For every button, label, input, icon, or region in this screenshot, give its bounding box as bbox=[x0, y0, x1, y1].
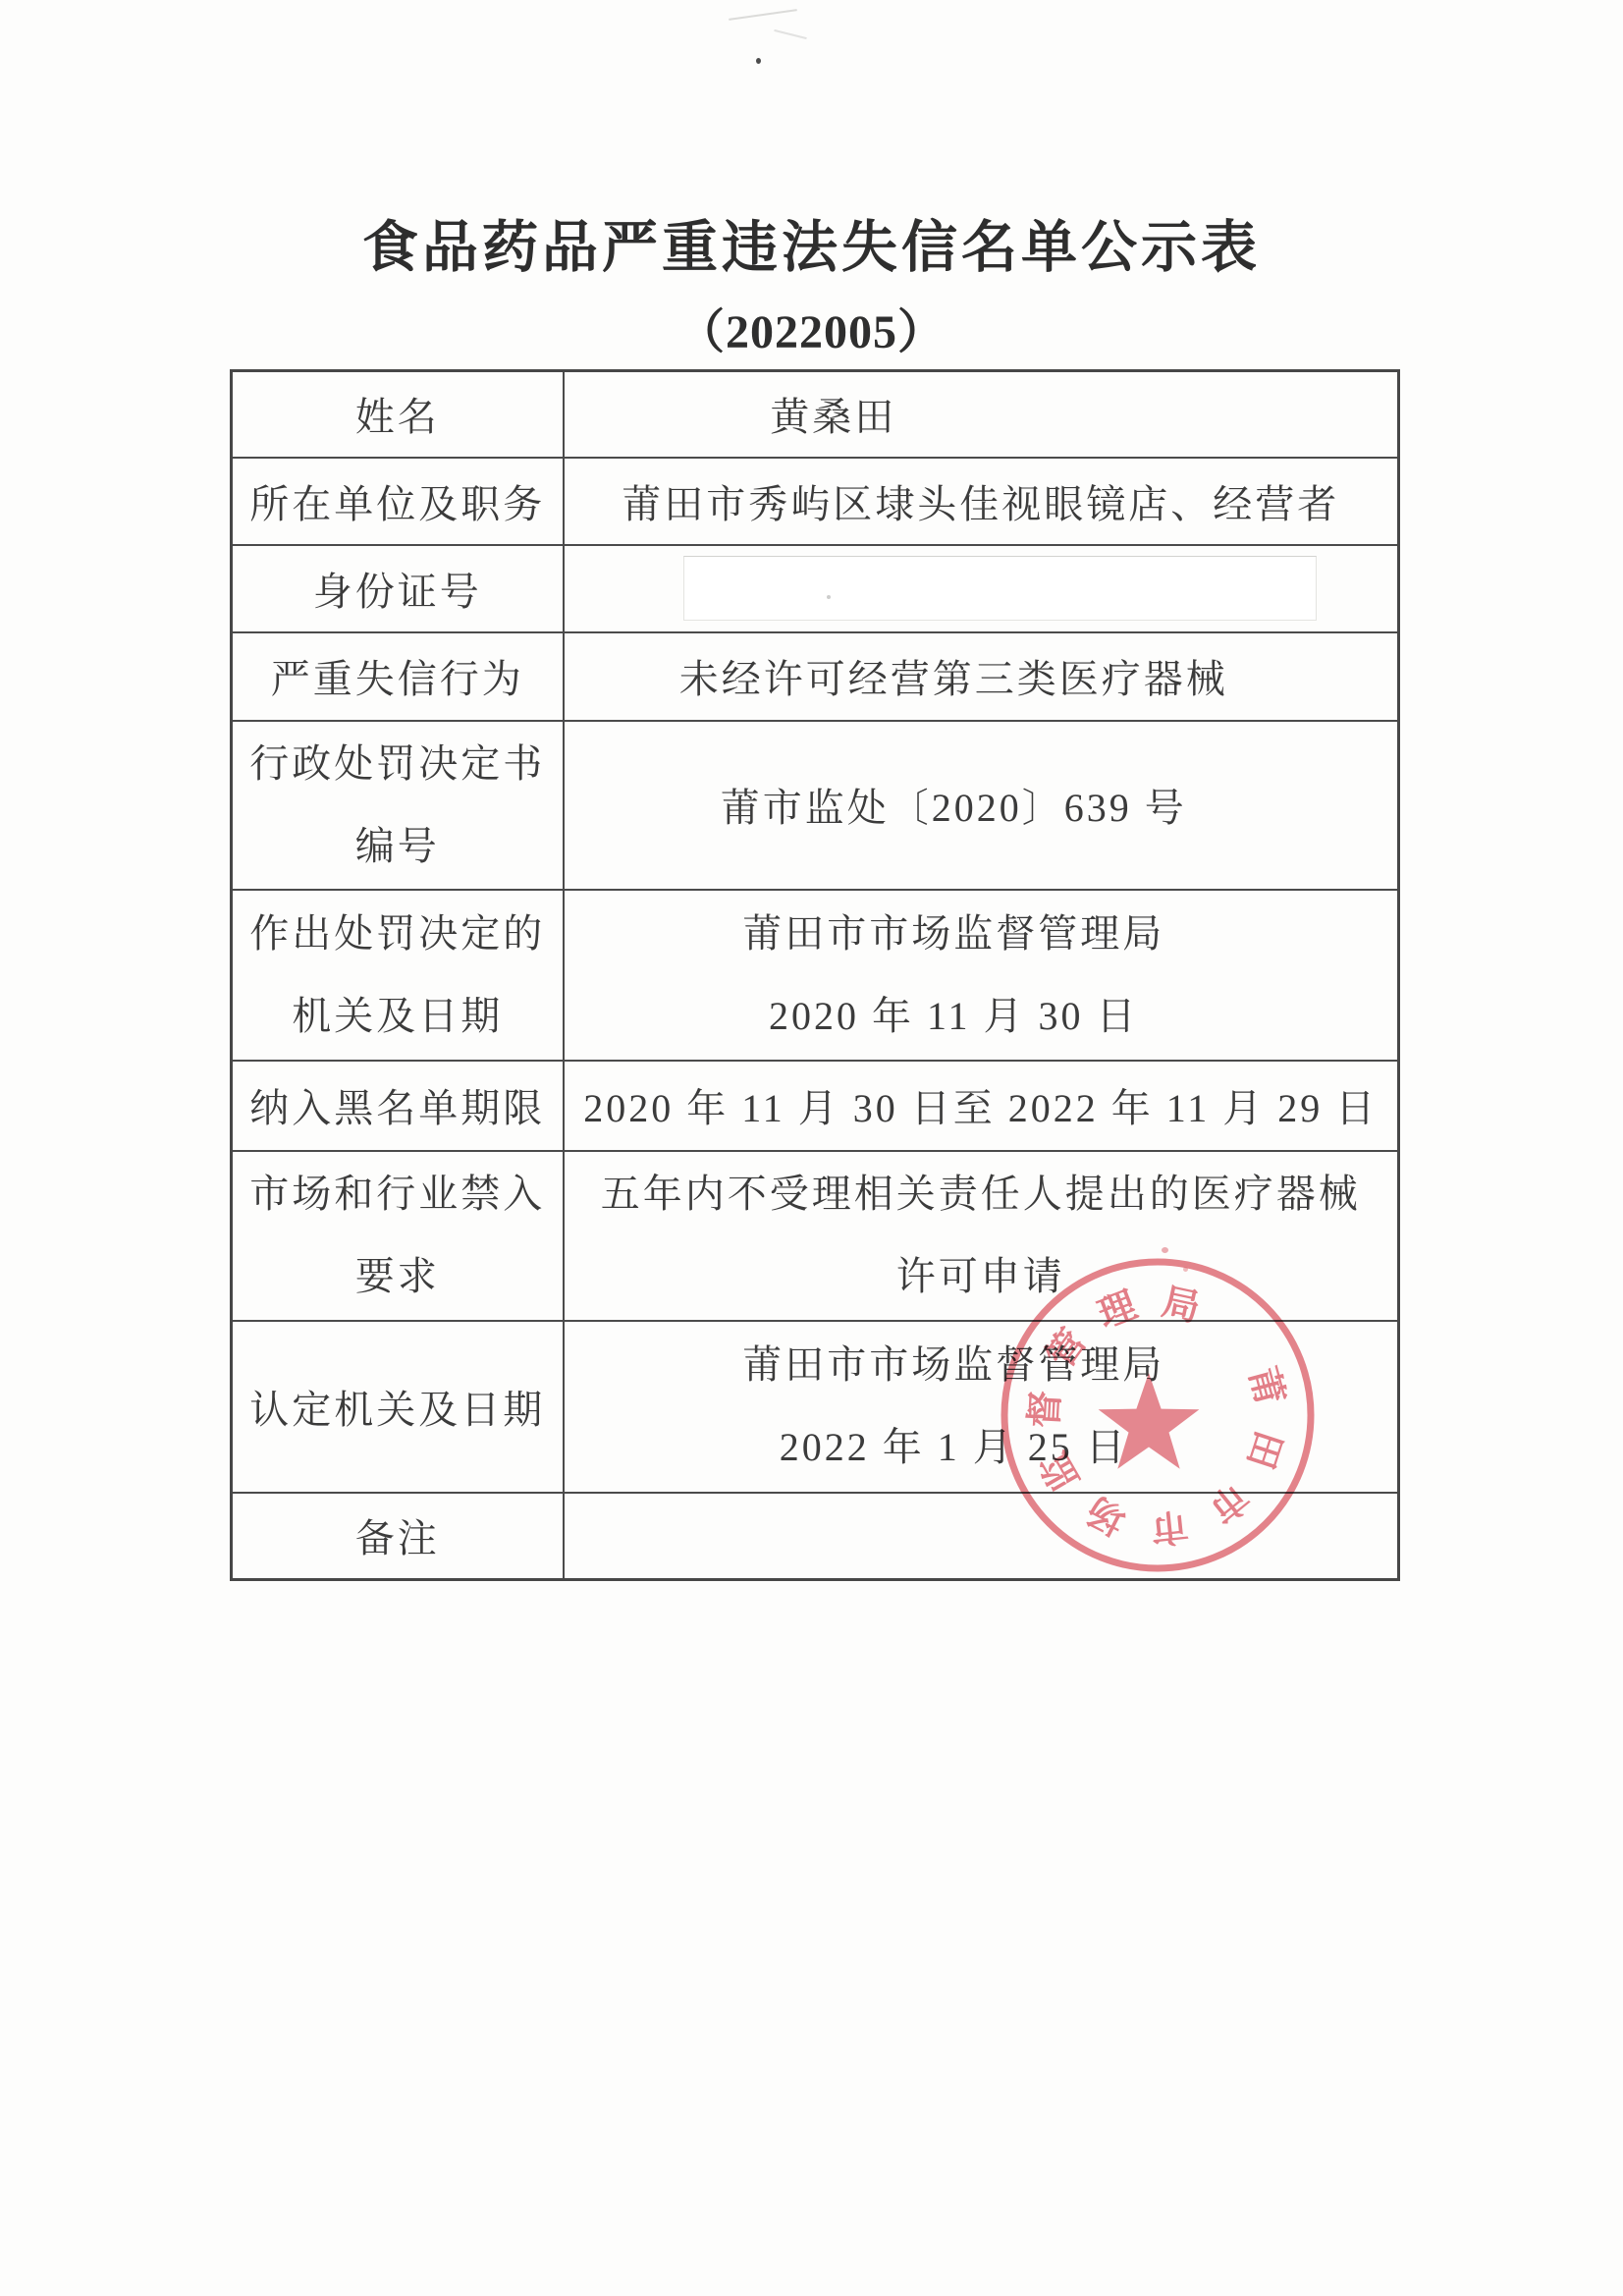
seal-char: 场 bbox=[1081, 1488, 1133, 1542]
label-line: 作出处罚决定的 bbox=[233, 893, 563, 975]
employer-value-cell: 莆田市秀屿区埭头佳视眼镜店、经营者 bbox=[564, 458, 1399, 545]
penalty-authority-value-cell: 莆田市市场监督管理局 2020 年 11 月 30 日 bbox=[564, 890, 1399, 1061]
penalty-doc-no-label-cell: 行政处罚决定书 编号 bbox=[232, 721, 564, 890]
label-line: 市场和行业禁入 bbox=[233, 1153, 563, 1235]
remarks-label-cell: 备注 bbox=[232, 1493, 564, 1580]
value-line: 2020 年 11 月 30 日 bbox=[565, 975, 1344, 1058]
label-line: 行政处罚决定书 bbox=[233, 723, 563, 805]
table-row: 所在单位及职务 莆田市秀屿区埭头佳视眼镜店、经营者 bbox=[232, 458, 1399, 545]
seal-char: 监 bbox=[1034, 1445, 1088, 1498]
document-title: 食品药品严重违法失信名单公示表 bbox=[0, 202, 1623, 283]
employer-label-cell: 所在单位及职务 bbox=[232, 458, 564, 545]
id-number-label-cell: 身份证号 bbox=[232, 545, 564, 632]
document-number: （2022005） bbox=[0, 294, 1623, 361]
scanned-document-page: 食品药品严重违法失信名单公示表 （2022005） 姓名 黄桑田 所在单位及职务… bbox=[0, 0, 1623, 2296]
seal-char: 田 bbox=[1239, 1426, 1290, 1474]
seal-char: 局 bbox=[1159, 1282, 1204, 1330]
seal-char: 理 bbox=[1093, 1285, 1143, 1337]
seal-char: 莆 bbox=[1241, 1363, 1290, 1410]
table-row: 纳入黑名单期限 2020 年 11 月 30 日至 2022 年 11 月 29… bbox=[232, 1061, 1399, 1151]
table-row: 作出处罚决定的 机关及日期 莆田市市场监督管理局 2020 年 11 月 30 … bbox=[232, 890, 1399, 1061]
seal-char: 市 bbox=[1149, 1504, 1190, 1550]
official-seal: 莆 田 市 市 场 监 督 管 理 局 bbox=[993, 1250, 1323, 1580]
table-row: 姓名 黄桑田 bbox=[232, 371, 1399, 458]
scan-speck bbox=[756, 58, 761, 64]
seal-char: 督 bbox=[1024, 1390, 1067, 1429]
name-label-cell: 姓名 bbox=[232, 371, 564, 458]
seal-ink-speck bbox=[1162, 1247, 1168, 1253]
value-line: 五年内不受理相关责任人提出的医疗器械 bbox=[565, 1153, 1398, 1235]
penalty-authority-label-cell: 作出处罚决定的 机关及日期 bbox=[232, 890, 564, 1061]
value-line: 莆田市市场监督管理局 bbox=[565, 893, 1344, 975]
determining-authority-label-cell: 认定机关及日期 bbox=[232, 1321, 564, 1493]
name-value-cell: 黄桑田 bbox=[564, 371, 1399, 458]
seal-char: 管 bbox=[1040, 1322, 1095, 1376]
violation-label-cell: 严重失信行为 bbox=[232, 632, 564, 721]
label-line: 要求 bbox=[233, 1235, 563, 1318]
scan-scratch bbox=[774, 29, 806, 39]
table-row: 严重失信行为 未经许可经营第三类医疗器械 bbox=[232, 632, 1399, 721]
penalty-doc-no-value-cell: 莆市监处〔2020〕639 号 bbox=[564, 721, 1399, 890]
table-row: 行政处罚决定书 编号 莆市监处〔2020〕639 号 bbox=[232, 721, 1399, 890]
seal-ink-speck bbox=[1183, 1267, 1188, 1272]
blacklist-period-label-cell: 纳入黑名单期限 bbox=[232, 1061, 564, 1151]
scan-speck bbox=[827, 595, 831, 599]
label-line: 机关及日期 bbox=[233, 975, 563, 1058]
scan-scratch bbox=[729, 9, 797, 21]
violation-value-cell: 未经许可经营第三类医疗器械 bbox=[564, 632, 1399, 721]
label-line: 编号 bbox=[233, 805, 563, 888]
seal-char: 市 bbox=[1201, 1474, 1256, 1530]
blacklist-period-value-cell: 2020 年 11 月 30 日至 2022 年 11 月 29 日 bbox=[564, 1061, 1399, 1151]
seal-star bbox=[1099, 1373, 1200, 1469]
market-ban-label-cell: 市场和行业禁入 要求 bbox=[232, 1151, 564, 1321]
id-redaction-box bbox=[683, 556, 1317, 621]
